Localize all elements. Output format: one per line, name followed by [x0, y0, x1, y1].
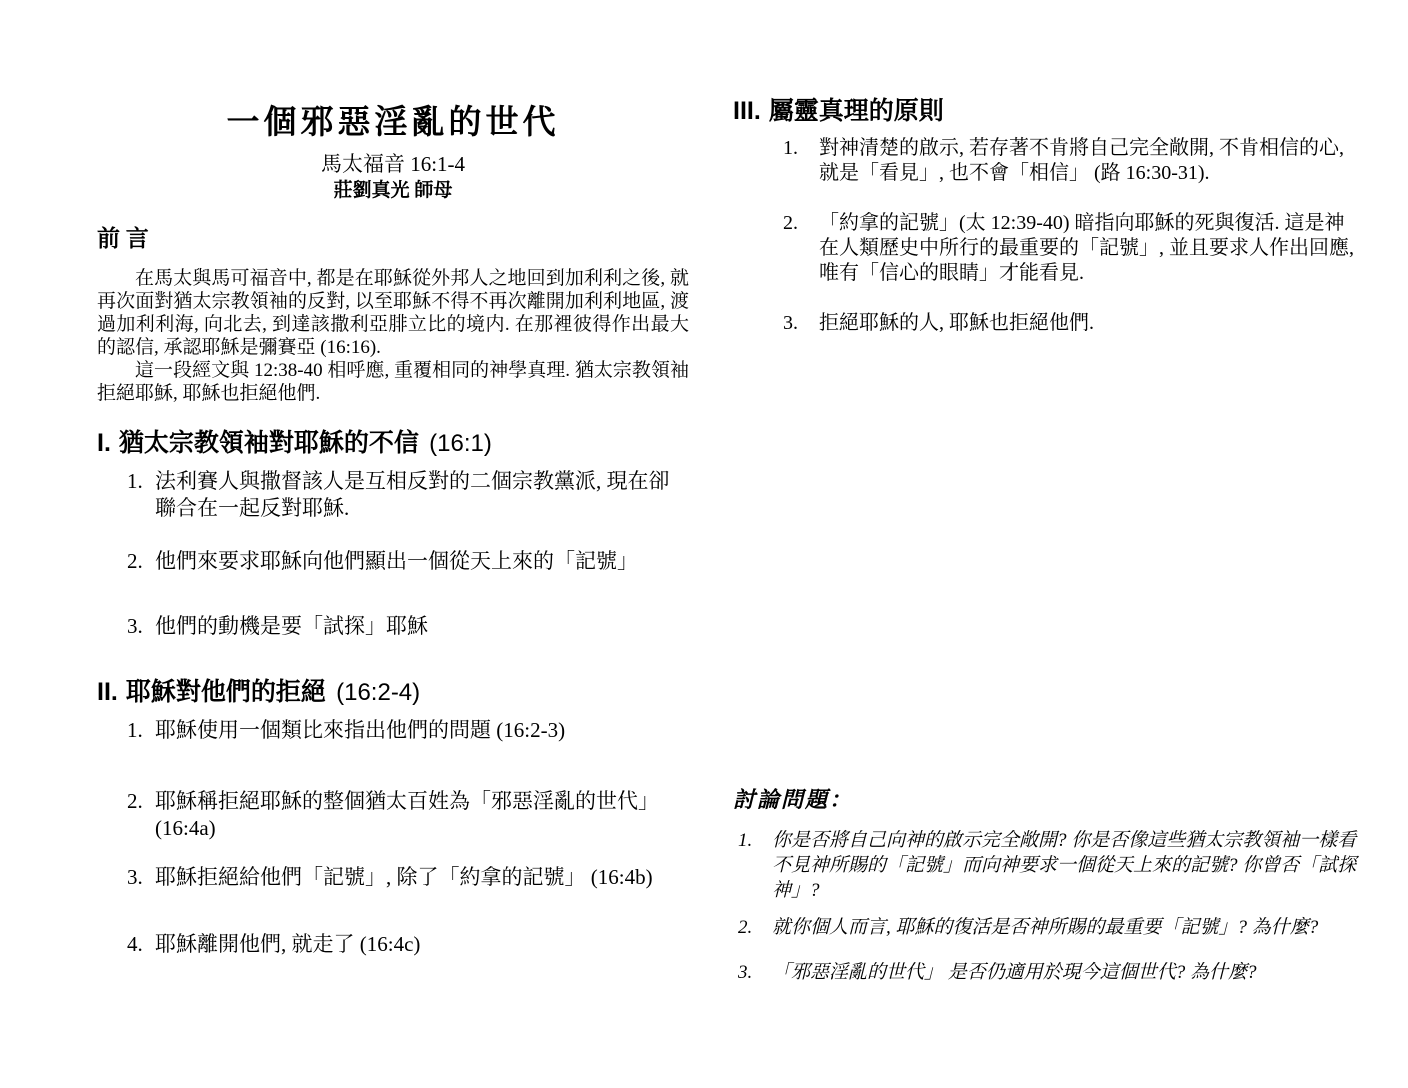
item-number: 3. [127, 864, 155, 891]
section-numeral: I. [97, 429, 111, 457]
outline-item: 2. 他們來要求耶穌向他們顯出一個從天上來的「記號」 [97, 548, 689, 575]
question-number: 2. [738, 915, 772, 940]
section-title: 耶穌對他們的拒絕 [126, 679, 326, 706]
discussion-question: 2. 就你個人而言, 耶穌的復活是否神所賜的最重要「記號」? 為什麼? [733, 915, 1363, 940]
section-heading-2: II.耶穌對他們的拒絕 (16:2-4) [97, 676, 689, 709]
item-text: 耶穌使用一個類比來指出他們的問題 (16:2-3) [155, 717, 689, 744]
section-heading-3: III.屬靈真理的原則 [733, 95, 1360, 128]
section-numeral: II. [97, 678, 118, 706]
question-number: 3. [738, 960, 772, 985]
item-number: 1. [127, 717, 155, 744]
item-number: 3. [127, 613, 155, 640]
item-text: 對神清楚的啟示, 若存著不肯將自己完全敞開, 不肯相信的心, 就是「看見」, 也… [819, 136, 1360, 186]
discussion-question: 1. 你是否將自己向神的啟示完全敞開? 你是否像這些猶太宗教領袖一樣看不見神所賜… [733, 828, 1363, 903]
right-column: III.屬靈真理的原則 1. 對神清楚的啟示, 若存著不肯將自己完全敞開, 不肯… [733, 95, 1360, 336]
section-verse-ref: (16:1) [429, 430, 492, 457]
item-number: 4. [127, 931, 155, 958]
item-text: 耶穌拒絕給他們「記號」, 除了「約拿的記號」 (16:4b) [155, 864, 689, 891]
outline-item: 1. 法利賽人與撒督該人是互相反對的二個宗教黨派, 現在卻聯合在一起反對耶穌. [97, 468, 689, 522]
item-number: 3. [783, 311, 819, 336]
question-text: 就你個人而言, 耶穌的復活是否神所賜的最重要「記號」? 為什麼? [772, 915, 1363, 940]
section-heading-1: I.猶太宗教領袖對耶穌的不信 (16:1) [97, 427, 689, 460]
item-number: 1. [127, 468, 155, 522]
item-text: 耶穌離開他們, 就走了 (16:4c) [155, 931, 689, 958]
item-number: 2. [783, 211, 819, 286]
item-number: 1. [783, 136, 819, 186]
preface-paragraph: 在馬太與馬可福音中, 都是在耶穌從外邦人之地回到加利利之後, 就再次面對猶太宗教… [97, 267, 689, 359]
item-text: 「約拿的記號」(太 12:39-40) 暗指向耶穌的死與復活. 這是神在人類歷史… [819, 211, 1360, 286]
outline-item: 3. 耶穌拒絕給他們「記號」, 除了「約拿的記號」 (16:4b) [97, 864, 689, 891]
outline-item: 3. 他們的動機是要「試探」耶穌 [97, 613, 689, 640]
section-numeral: III. [733, 97, 761, 125]
outline-item: 2. 「約拿的記號」(太 12:39-40) 暗指向耶穌的死與復活. 這是神在人… [733, 211, 1360, 286]
document-page: 一個邪惡淫亂的世代 馬太福音 16:1-4 莊劉真光 師母 前 言 在馬太與馬可… [0, 0, 1408, 1088]
item-text: 拒絕耶穌的人, 耶穌也拒絕他們. [819, 311, 1360, 336]
page-title: 一個邪惡淫亂的世代 [97, 103, 689, 143]
outline-item: 2. 耶穌稱拒絕耶穌的整個猶太百姓為「邪惡淫亂的世代」 (16:4a) [97, 788, 689, 842]
discussion-heading: 討論問題： [733, 786, 1363, 814]
outline-item: 4. 耶穌離開他們, 就走了 (16:4c) [97, 931, 689, 958]
section-title: 猶太宗教領袖對耶穌的不信 [119, 430, 419, 457]
preface-body: 在馬太與馬可福音中, 都是在耶穌從外邦人之地回到加利利之後, 就再次面對猶太宗教… [97, 267, 689, 405]
section-verse-ref: (16:2-4) [336, 679, 420, 706]
item-text: 法利賽人與撒督該人是互相反對的二個宗教黨派, 現在卻聯合在一起反對耶穌. [155, 468, 689, 522]
scripture-reference: 馬太福音 16:1-4 [97, 151, 689, 177]
question-text: 「邪惡淫亂的世代」 是否仍適用於現今這個世代? 為什麼? [772, 960, 1363, 985]
outline-item: 1. 耶穌使用一個類比來指出他們的問題 (16:2-3) [97, 717, 689, 744]
discussion-section: 討論問題： 1. 你是否將自己向神的啟示完全敞開? 你是否像這些猶太宗教領袖一樣… [733, 786, 1363, 985]
item-text: 他們的動機是要「試探」耶穌 [155, 613, 689, 640]
item-text: 耶穌稱拒絕耶穌的整個猶太百姓為「邪惡淫亂的世代」 (16:4a) [155, 788, 689, 842]
section-title: 屬靈真理的原則 [769, 98, 944, 125]
left-column: 一個邪惡淫亂的世代 馬太福音 16:1-4 莊劉真光 師母 前 言 在馬太與馬可… [97, 90, 689, 958]
discussion-question: 3. 「邪惡淫亂的世代」 是否仍適用於現今這個世代? 為什麼? [733, 960, 1363, 985]
preface-paragraph: 這一段經文與 12:38-40 相呼應, 重覆相同的神學真理. 猶太宗教領袖拒絕… [97, 359, 689, 405]
outline-item: 3. 拒絕耶穌的人, 耶穌也拒絕他們. [733, 311, 1360, 336]
item-text: 他們來要求耶穌向他們顯出一個從天上來的「記號」 [155, 548, 689, 575]
item-number: 2. [127, 788, 155, 842]
question-text: 你是否將自己向神的啟示完全敞開? 你是否像這些猶太宗教領袖一樣看不見神所賜的「記… [772, 828, 1363, 903]
author-name: 莊劉真光 師母 [97, 179, 689, 203]
question-number: 1. [738, 828, 772, 903]
preface-heading: 前 言 [97, 225, 689, 253]
outline-item: 1. 對神清楚的啟示, 若存著不肯將自己完全敞開, 不肯相信的心, 就是「看見」… [733, 136, 1360, 186]
item-number: 2. [127, 548, 155, 575]
